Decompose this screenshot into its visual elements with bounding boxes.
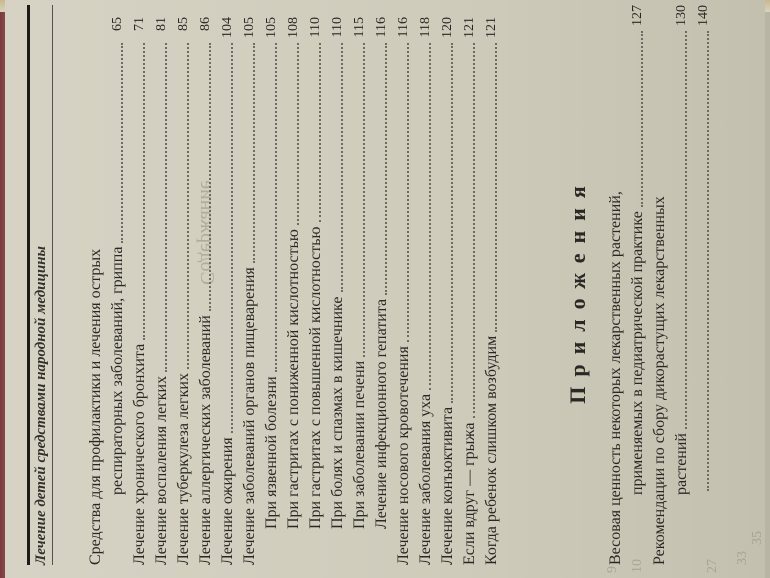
toc-entry-page: 105 <box>239 17 261 43</box>
appendix-list: Весовая ценность некоторых лекарственных… <box>605 5 715 565</box>
toc-entry-title: Лечение воспаления легких <box>151 372 173 565</box>
appendix-heading: Приложения <box>565 0 591 578</box>
toc-entry-title: Лечение заболеваний органов пищеварения <box>239 263 261 565</box>
toc-entry-title: Когда ребенок слишком возбудим <box>481 332 503 565</box>
toc-entry-page: 108 <box>283 17 305 43</box>
toc-entry-page: 65 <box>107 17 129 43</box>
toc-entry: Лечение инфекционного гепатита116 <box>371 17 393 565</box>
toc-entry-title: Лечение конъюктивита <box>437 403 459 565</box>
toc-entry: Лечение носового кровотечения116 <box>393 17 415 565</box>
toc-entry-title: При язвенной болезни <box>261 372 283 529</box>
appendix-entry-page: 130 <box>671 5 693 31</box>
bleed-through-number: 35 <box>750 531 766 545</box>
toc-entry: Лечение конъюктивита120 <box>437 17 459 565</box>
appendix-entry: Весовая ценность некоторых лекарственных… <box>605 5 627 565</box>
appendix-entry-title: Рекомендации по сбору дикорастущих лекар… <box>649 192 671 565</box>
appendix-entry-title: растений <box>671 429 693 495</box>
toc-entry-page: 110 <box>327 17 349 43</box>
toc-entry-page: 86 <box>195 17 217 43</box>
bleed-through-number: 27 <box>705 559 721 573</box>
toc-entry-title: Лечение аллергических заболеваний <box>195 311 217 565</box>
toc-entry: При заболевании печени115 <box>349 17 371 565</box>
table-of-contents: Средства для профилактики и лечения остр… <box>85 17 503 565</box>
appendix-entry-title: Весовая ценность некоторых лекарственных… <box>605 187 627 565</box>
toc-entry-page: 71 <box>129 17 151 43</box>
toc-entry: Лечение заболеваний органов пищеварения1… <box>239 17 261 565</box>
appendix-entry: Рекомендации по сбору дикорастущих лекар… <box>649 5 671 565</box>
toc-entry-page: 105 <box>261 17 283 43</box>
toc-entry-title: Лечение заболевания уха <box>415 390 437 565</box>
appendix-entry: 140 <box>693 5 715 565</box>
appendix-entry-page: 140 <box>693 5 715 31</box>
bleed-through-number: 33 <box>735 551 751 565</box>
toc-entry-title: Если вдруг — грыжа <box>459 418 481 565</box>
appendix-entry: применяемых в педиатрической практике127 <box>627 5 649 565</box>
toc-entry-page: 104 <box>217 17 239 43</box>
book-page: Лечение детей средствами народной медици… <box>5 0 765 578</box>
toc-entry-title: При болях и спазмах в кишечнике <box>327 293 349 530</box>
toc-entry-page: 120 <box>437 17 459 43</box>
appendix-entry: растений130 <box>671 5 693 565</box>
appendix-entry-page: 127 <box>627 5 649 31</box>
toc-entry-page: 116 <box>393 17 415 43</box>
toc-entry: При гастритах с повышенной кислотностью1… <box>305 17 327 565</box>
toc-entry-title: Лечение носового кровотечения <box>393 342 415 565</box>
toc-entry: Лечение туберкулеза легких85 <box>173 17 195 565</box>
toc-entry-title: При заболевании печени <box>349 357 371 529</box>
toc-entry-title: Средства для профилактики и лечения остр… <box>85 245 107 565</box>
toc-entry: респираторных заболеваний, гриппа65 <box>107 17 129 565</box>
bleed-through-number: 9 <box>605 566 621 573</box>
toc-entry: Лечение аллергических заболеваний86 <box>195 17 217 565</box>
running-header: Лечение детей средствами народной медици… <box>27 5 53 565</box>
toc-entry: Лечение воспаления легких81 <box>151 17 173 565</box>
toc-entry-title: Лечение ожирения <box>217 433 239 565</box>
toc-entry-title: респираторных заболеваний, гриппа <box>107 243 129 495</box>
bleed-through-heading: Содержание <box>195 180 218 285</box>
toc-entry-page: 121 <box>481 17 503 43</box>
toc-entry: Лечение хронического бронхита71 <box>129 17 151 565</box>
toc-entry: При язвенной болезни105 <box>261 17 283 565</box>
toc-entry: Средства для профилактики и лечения остр… <box>85 17 107 565</box>
appendix-entry-title: применяемых в педиатрической практике <box>627 207 649 495</box>
toc-entry-title: Лечение туберкулеза легких <box>173 369 195 565</box>
toc-entry-page: 116 <box>371 17 393 43</box>
toc-entry-page: 81 <box>151 17 173 43</box>
toc-entry-title: При гастритах с повышенной кислотностью <box>305 222 327 529</box>
toc-entry: Когда ребенок слишком возбудим121 <box>481 17 503 565</box>
toc-entry-page: 110 <box>305 17 327 43</box>
bleed-through-number: 10 <box>630 559 646 573</box>
toc-entry: Если вдруг — грыжа121 <box>459 17 481 565</box>
toc-entry: Лечение заболевания уха118 <box>415 17 437 565</box>
toc-entry: Лечение ожирения104 <box>217 17 239 565</box>
toc-entry: При болях и спазмах в кишечнике110 <box>327 17 349 565</box>
toc-entry-page: 121 <box>459 17 481 43</box>
toc-entry-title: При гастритах с пониженной кислотностью <box>283 225 305 529</box>
toc-entry-page: 85 <box>173 17 195 43</box>
toc-entry-page: 118 <box>415 17 437 43</box>
toc-entry-page: 115 <box>349 17 371 43</box>
toc-entry-title: Лечение инфекционного гепатита <box>371 295 393 529</box>
toc-entry: При гастритах с пониженной кислотностью1… <box>283 17 305 565</box>
toc-entry-title: Лечение хронического бронхита <box>129 340 151 565</box>
